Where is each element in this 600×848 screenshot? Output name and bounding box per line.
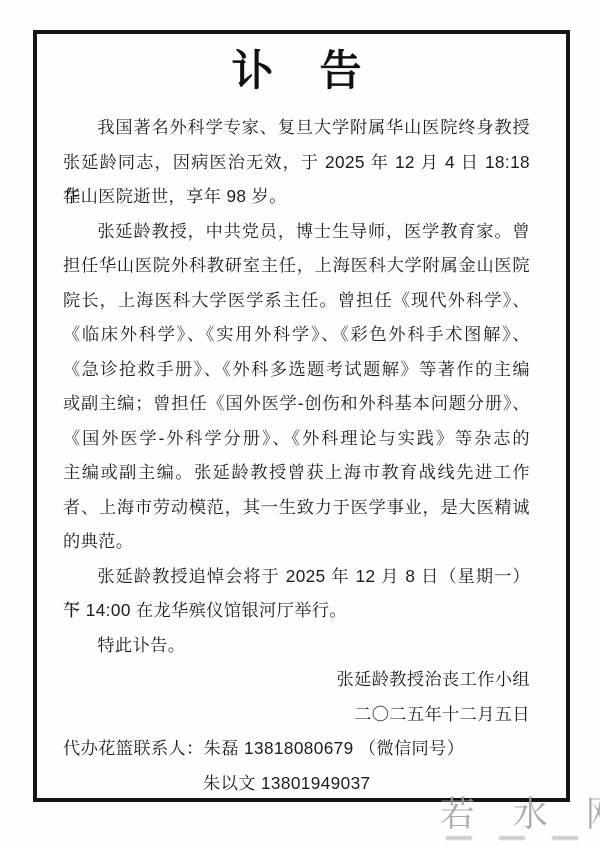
body-line: 张延龄教授，中共党员，博士生导师，医学教育家。曾 — [63, 214, 530, 249]
watermark-subtext-bar — [446, 836, 472, 840]
watermark-subtext-decoration — [440, 836, 600, 840]
body-line: 担任华山医院外科教研室主任，上海医科大学附属金山医院 — [63, 248, 530, 283]
watermark-subtext-bar — [552, 836, 578, 840]
body-line: 特此讣告。 — [63, 628, 530, 663]
signature-line-group: 张延龄教授治丧工作小组 — [63, 662, 530, 697]
body-line: 张延龄同志，因病医治无效，于 2025 年 12 月 4 日 18:18 在 — [63, 145, 530, 180]
title-char-2: 告 — [320, 38, 362, 98]
body-line: 我国著名外科学专家、复旦大学附属华山医院终身教授 — [63, 110, 530, 145]
body-line: 《临床外科学》、《实用外科学》、《彩色外科手术图解》、 — [63, 317, 530, 352]
body-line: 《国外医学-外科学分册》、《外科理论与实践》等杂志的 — [63, 421, 530, 456]
body-line: 或副主编；曾担任《国外医学-创伤和外科基本问题分册》、 — [63, 386, 530, 421]
body-line: 华山医院逝世，享年 98 岁。 — [63, 179, 530, 214]
watermark-subtext-bar — [499, 836, 525, 840]
title-char-1: 讣 — [231, 38, 273, 98]
obituary-page: 讣 告 我国著名外科学专家、复旦大学附属华山医院终身教授 张延龄同志，因病医治无… — [0, 0, 600, 848]
body-line: 午 14:00 在龙华殡仪馆银河厅举行。 — [63, 593, 530, 628]
signature-line-date: 二〇二五年十二月五日 — [63, 697, 530, 732]
body-line: 张延龄教授追悼会将于 2025 年 12 月 8 日（星期一）下 — [63, 559, 530, 594]
body-line: 者、上海市劳动模范，其一生致力于医学事业，是大医精诚 — [63, 490, 530, 525]
body-line: 院长，上海医科大学医学系主任。曾担任《现代外科学》、 — [63, 283, 530, 318]
body-line: 《急诊抢救手册》、《外科多选题考试题解》等著作的主编 — [63, 352, 530, 387]
watermark: 若 水 网 — [440, 797, 600, 840]
notice-frame: 讣 告 我国著名外科学专家、复旦大学附属华山医院终身教授 张延龄同志，因病医治无… — [33, 30, 570, 802]
contact-line-primary: 代办花篮联系人：朱磊 13818080679 （微信同号） — [63, 731, 530, 766]
watermark-text: 若 水 网 — [440, 797, 600, 833]
body-line: 主编或副主编。张延龄教授曾获上海市教育战线先进工作 — [63, 455, 530, 490]
body-line: 的典范。 — [63, 524, 530, 559]
notice-title: 讣 告 — [63, 45, 530, 91]
